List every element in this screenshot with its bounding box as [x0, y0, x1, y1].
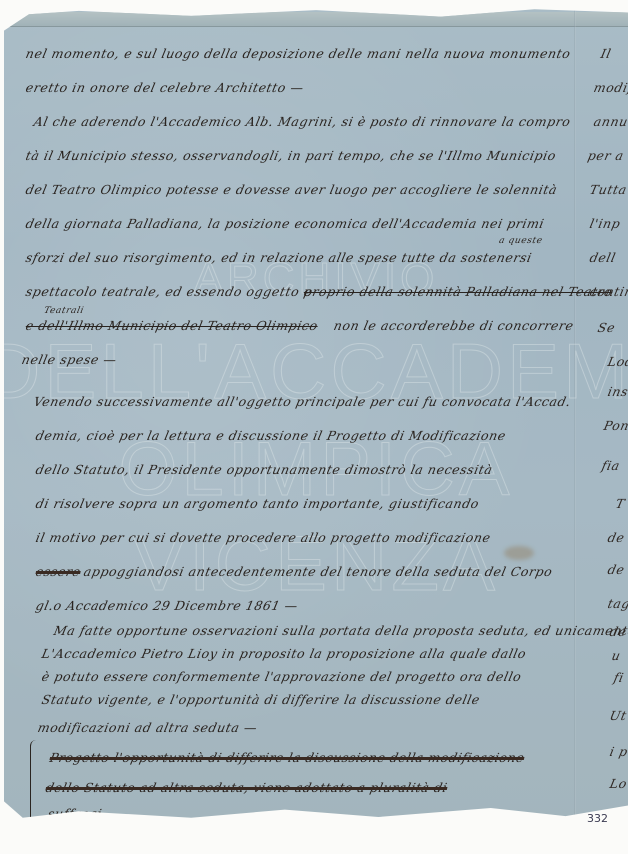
struck-text: e dell'Illmo Municipio del Teatro Olimpi… [24, 318, 319, 333]
page-fold-line [574, 6, 576, 826]
text-line: non le accorderebbe di concorrere [332, 318, 575, 333]
margin-fragment: tag [606, 596, 628, 611]
margin-bracket-mark [30, 740, 37, 824]
text-line: il motivo per cui si dovette procedere a… [34, 530, 492, 545]
text-line: Ma fatte opportune osservazioni sulla po… [52, 623, 628, 638]
ink-stain [504, 546, 534, 560]
margin-fragment: Lo [608, 776, 628, 791]
margin-fragment: de [608, 624, 628, 639]
struck-text: proprio della solennità Palladiana nel T… [302, 284, 614, 299]
margin-fragment: per a [586, 148, 625, 163]
text-line: gl.o Accademico 29 Dicembre 1861 — [34, 598, 299, 613]
margin-fragment: Se [596, 320, 616, 335]
struck-text: dello Statuto ad altra seduta, viene ado… [44, 780, 449, 795]
text-line: eretto in onore del celebre Architetto — [24, 80, 305, 95]
margin-fragment: contin [588, 284, 628, 299]
margin-fragment: dell [588, 250, 617, 265]
text-line: sforzi del suo risorgimento, ed in relaz… [24, 250, 533, 265]
text-line: L'Accademico Pietro Lioy in proposito la… [40, 646, 527, 661]
margin-fragment: de [606, 530, 626, 545]
text-line: del Teatro Olimpico potesse e dovesse av… [24, 182, 558, 197]
folio-number: 332 [587, 812, 608, 825]
margin-fragment: Lod [606, 354, 628, 369]
margin-fragment: Ut [608, 708, 628, 723]
text-line: modificazioni ad altra seduta — [36, 720, 259, 735]
margin-fragment: l'inp [588, 216, 622, 231]
margin-fragment: annu [592, 114, 628, 129]
text-line: Statuto vigente, e l'opportunità di diff… [40, 692, 481, 707]
margin-fragment: Pon [602, 418, 628, 433]
interlinear-insertion: a queste [498, 236, 544, 246]
margin-fragment: Il [599, 46, 612, 61]
text-line: è potuto essere conformemente l'approvaz… [40, 669, 523, 684]
struck-text: essere [34, 564, 82, 579]
text-line: demia, cioè per la lettura e discussione… [34, 428, 507, 443]
margin-fragment: fi [612, 670, 625, 685]
margin-fragment: modif [592, 80, 628, 95]
manuscript-page: ARCHIVIO DELL'ACCADEMIA OLIMPICA VICENZA… [4, 6, 628, 826]
text-line: dello Statuto, il Presidente opportuname… [34, 462, 494, 477]
margin-fragment: de [606, 562, 626, 577]
text-line: nelle spese — [20, 352, 118, 367]
text-line: suffragi [46, 806, 103, 821]
margin-fragment: u [610, 648, 622, 663]
margin-fragment: Tutta [588, 182, 628, 197]
text-line: Venendo successivamente all'oggetto prin… [32, 394, 572, 409]
text-line: spettacolo teatrale, ed essendo oggetto … [24, 284, 313, 299]
struck-text: Progetto l'opportunità di differire la d… [48, 750, 526, 765]
text-line: della giornata Palladiana, la posizione … [24, 216, 545, 231]
margin-fragment: T [614, 496, 626, 511]
text-line: di risolvere sopra un argomento tanto im… [34, 496, 480, 511]
margin-fragment: insie [606, 384, 628, 399]
text-line: Al che aderendo l'Accademico Alb. Magrin… [32, 114, 572, 129]
text-line: appoggiandosi antecedentemente del tenor… [82, 564, 554, 579]
margin-fragment: i p [608, 744, 628, 759]
text-line: tà il Municipio stesso, osservandogli, i… [24, 148, 557, 163]
interlinear-insertion: Teatrali [43, 306, 85, 316]
text-line: nel momento, e sul luogo della deposizio… [24, 46, 572, 61]
margin-fragment: fia [600, 458, 621, 473]
torn-top-edge [4, 12, 628, 27]
